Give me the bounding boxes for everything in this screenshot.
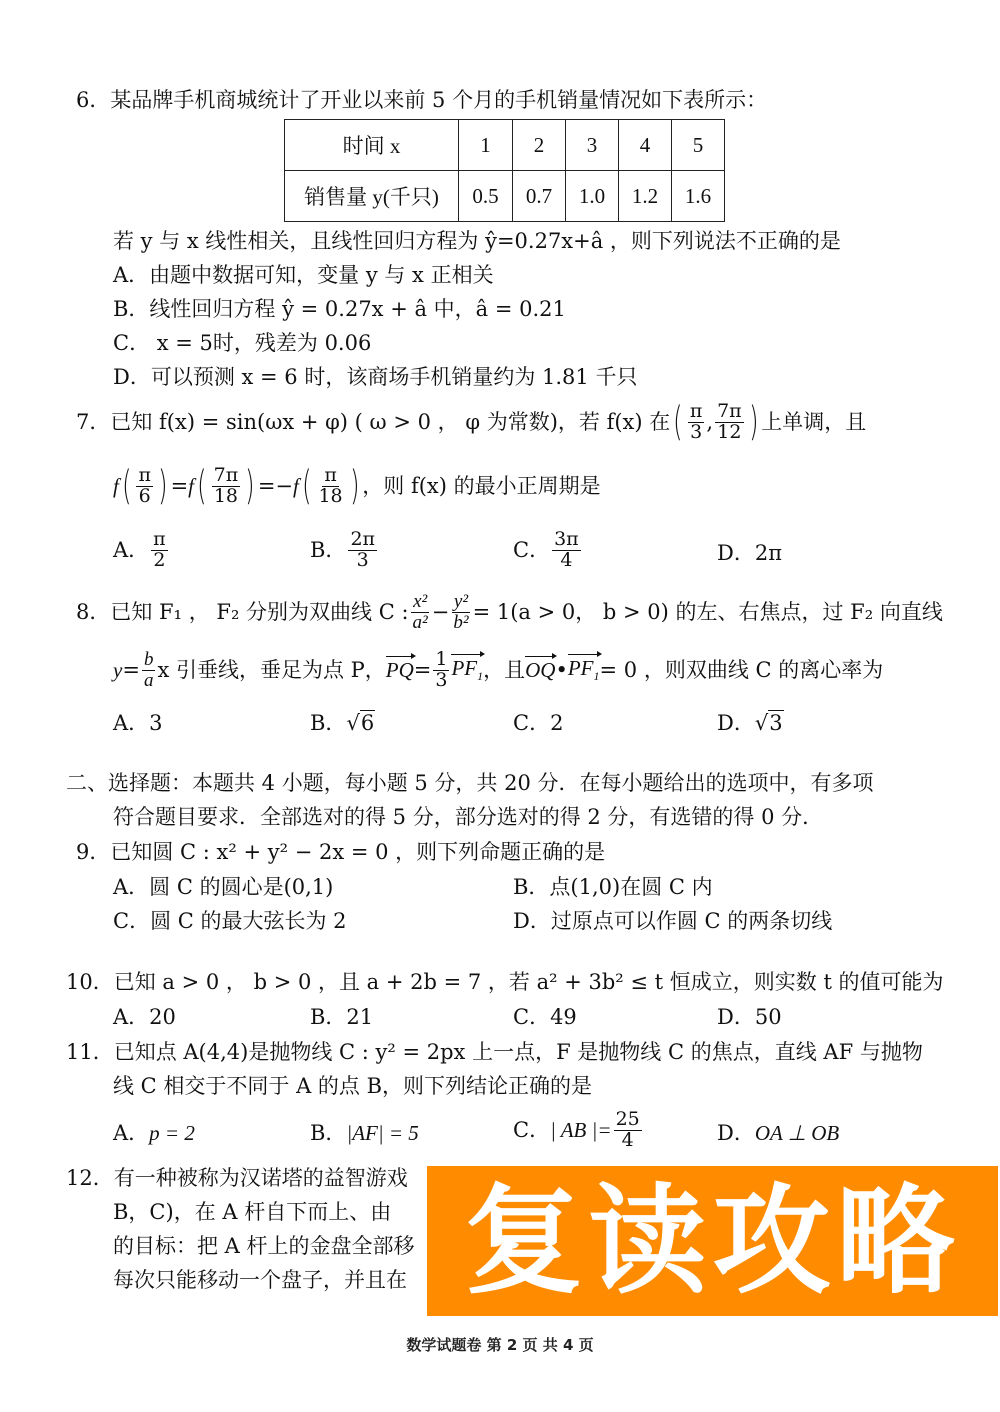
- vector-pq: PQ: [386, 660, 414, 681]
- fraction: 7π12: [715, 402, 744, 443]
- fraction: ba: [142, 650, 156, 691]
- section-2-header: 二、选择题：本题共 4 小题，每小题 5 分，共 20 分．在每小题给出的选项中…: [66, 773, 874, 794]
- q6-option-b: B．线性回归方程 ŷ = 0.27x + â 中，â = 0.21: [113, 299, 566, 320]
- q11-option-b: B．|AF| = 5: [310, 1123, 419, 1144]
- q9-option-b: B．点(1,0)在圆 C 内: [513, 877, 713, 898]
- q8-line2: y=ba x 引垂线，垂足为点 P， PQ= 13 PF1 ，且 OQ•PF1 …: [113, 650, 883, 691]
- q12-line1: 12．有一种被称为汉诺塔的益智游戏: [66, 1168, 408, 1189]
- fraction: π6: [136, 466, 153, 507]
- q9-stem: 9．已知圆 C : x² + y² − 2x = 0 ，则下列命题正确的是: [76, 842, 605, 863]
- q8-option-c: C．2: [513, 713, 563, 734]
- q12-line3: 的目标：把 A 杆上的金盘全部移: [113, 1236, 415, 1257]
- q7-option-a: A． π2: [113, 530, 170, 571]
- table-row: 销售量 y(千只) 0.5 0.7 1.0 1.2 1.6: [285, 171, 725, 222]
- q10-option-b: B．21: [310, 1007, 373, 1028]
- q9-option-d: D．过原点可以作圆 C 的两条切线: [513, 911, 832, 932]
- sales-table: 时间 x 1 2 3 4 5 销售量 y(千只) 0.5 0.7 1.0 1.2…: [284, 119, 725, 222]
- table-cell: 4: [619, 120, 672, 171]
- q6-condition: 若 y 与 x 线性相关，且线性回归方程为 ŷ=0.27x+â ，则下列说法不正…: [113, 231, 841, 252]
- table-cell: 1.6: [672, 171, 725, 222]
- q6-option-d: D．可以预测 x = 6 时，该商场手机销量约为 1.81 千只: [113, 367, 637, 388]
- page-footer: 数学试题卷 第 2 页 共 4 页: [0, 1334, 1000, 1355]
- q6-option-a: A．由题中数据可知，变量 y 与 x 正相关: [113, 265, 494, 286]
- q9-option-a: A．圆 C 的圆心是(0,1): [113, 877, 333, 898]
- q8-option-a: A．3: [113, 713, 163, 734]
- q7-option-b: B． 2π3: [310, 530, 379, 571]
- fraction: π3: [688, 402, 705, 443]
- paren-left: (: [673, 402, 682, 442]
- fraction: 13: [433, 650, 449, 691]
- fraction: 254: [614, 1110, 642, 1151]
- q7-line1: 7．已知 f(x) = sin(ωx + φ) ( ω > 0 ， φ 为常数)…: [76, 402, 866, 443]
- q6-option-c: C． x = 5时，残差为 0.06: [113, 333, 371, 354]
- table-cell: 1.0: [566, 171, 619, 222]
- watermark-text: 复读攻略: [464, 1182, 960, 1300]
- q12-line2: B，C)，在 A 杆自下而上、由: [113, 1202, 391, 1223]
- q9-option-c: C．圆 C 的最大弦长为 2: [113, 911, 347, 932]
- table-row-header: 销售量 y(千只): [285, 171, 459, 222]
- paren-right: ): [749, 402, 758, 442]
- q10-option-d: D．50: [717, 1007, 782, 1028]
- vector-oq: OQ: [525, 660, 555, 681]
- q11-option-d: D．OA ⊥ OB: [717, 1123, 839, 1144]
- table-cell: 5: [672, 120, 725, 171]
- table-cell: 0.7: [513, 171, 566, 222]
- q11-option-c: C． | AB |= 254: [513, 1110, 644, 1151]
- section-2-instructions: 符合题目要求．全部选对的得 5 分，部分选对的得 2 分，有选错的得 0 分．: [113, 807, 823, 828]
- fraction: π18: [316, 466, 344, 507]
- q7-option-c: C． 3π4: [513, 530, 583, 571]
- fraction: y²b²: [451, 592, 470, 633]
- q11-line2: 线 C 相交于不同于 A 的点 B，则下列结论正确的是: [113, 1076, 592, 1097]
- table-cell: 3: [566, 120, 619, 171]
- q11-line1: 11．已知点 A(4,4)是抛物线 C : y² = 2px 上一点，F 是抛物…: [66, 1042, 923, 1063]
- q8-option-d: D．√3: [717, 713, 784, 734]
- q8-option-b: B．√6: [310, 713, 375, 734]
- table-row: 时间 x 1 2 3 4 5: [285, 120, 725, 171]
- q12-line4: 每次只能移动一个盘子，并且在: [113, 1270, 407, 1291]
- vector-pf1: PF1: [451, 658, 483, 682]
- q7-option-d: D．2π: [717, 543, 782, 564]
- q6-stem: 6．某品牌手机商城统计了开业以来前 5 个月的手机销量情况如下表所示：: [76, 90, 767, 111]
- table-cell: 1.2: [619, 171, 672, 222]
- q10-option-a: A．20: [113, 1007, 176, 1028]
- table-cell: 2: [513, 120, 566, 171]
- table-row-header: 时间 x: [285, 120, 459, 171]
- vector-pf1: PF1: [568, 658, 600, 682]
- q7-stem: 7．已知 f(x) = sin(ωx + φ) ( ω > 0 ， φ 为常数)…: [76, 412, 670, 433]
- q10-option-c: C．49: [513, 1007, 577, 1028]
- q10-stem: 10．已知 a > 0 ， b > 0 ，且 a + 2b = 7 ，若 a² …: [66, 972, 944, 993]
- q11-option-a: A．p = 2: [113, 1123, 195, 1144]
- fraction: 7π18: [212, 466, 241, 507]
- watermark-banner: 复读攻略: [427, 1166, 998, 1316]
- table-cell: 0.5: [459, 171, 513, 222]
- table-cell: 1: [459, 120, 513, 171]
- q8-line1: 8．已知 F₁ ， F₂ 分别为双曲线 C : x²a²− y²b² = 1(a…: [76, 592, 943, 633]
- q7-line2: f( π6 )=f( 7π18 )=−f( π18 ) ，则 f(x) 的最小正…: [113, 466, 601, 507]
- fraction: x²a²: [411, 592, 430, 633]
